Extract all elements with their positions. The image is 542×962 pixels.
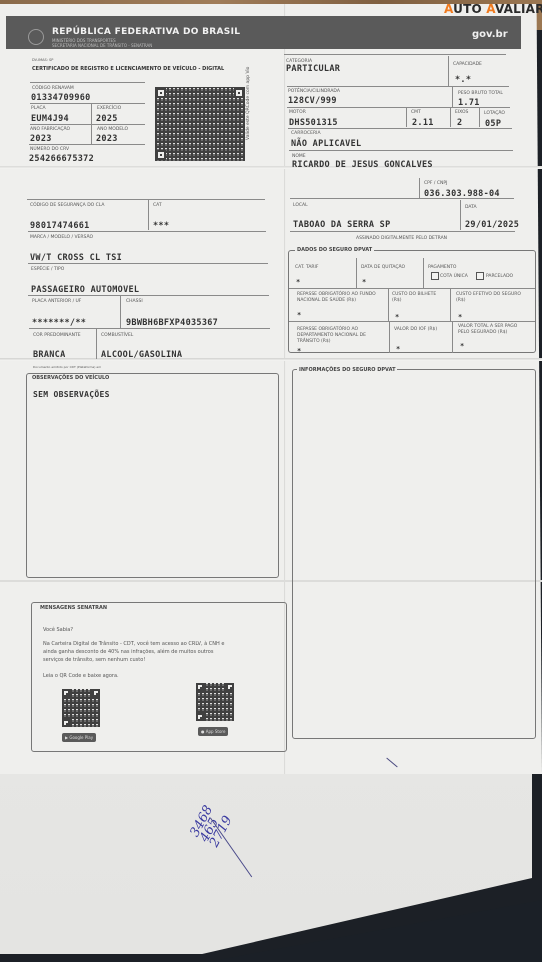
numero-crv-value: 254266675372 [29, 154, 94, 164]
motor-label: MOTOR [289, 110, 306, 115]
app-store-qr-code [196, 683, 234, 721]
divider [287, 107, 510, 108]
senatran-paragraph-line-1: Na Carteira Digital de Trânsito - CDT, v… [43, 640, 224, 648]
cat-value: *** [153, 221, 169, 231]
nome-label: NOME [292, 154, 306, 159]
cat-tarif-label: CAT. TARIF [295, 265, 318, 270]
divider [356, 258, 357, 288]
header-title: REPÚBLICA FEDERATIVA DO BRASIL [52, 27, 240, 37]
eixos-label: EIXOS [455, 110, 468, 115]
fold-crease-top [0, 166, 542, 169]
senatran-paragraph-line-2: ainda ganha desconto de 40% nas infraçõe… [43, 648, 213, 656]
repasse-denatran-value: * [297, 347, 302, 355]
divider [419, 178, 420, 198]
numero-crv-label: NÚMERO DO CRV [30, 147, 69, 152]
exercicio-label: EXERCÍCIO [97, 106, 121, 111]
cmt-value: 2.11 [412, 118, 434, 128]
govbr-logo: gov.br [472, 29, 508, 40]
parcelado-label: PARCELADO [486, 274, 513, 279]
parcelado-checkbox[interactable] [476, 272, 484, 280]
cat-tarif-value: * [296, 278, 301, 286]
divider [91, 125, 92, 144]
document-footer-note: Documento emitido por CDT (Plataforma) e… [33, 365, 101, 369]
repasse-fns-value: * [297, 311, 302, 319]
custo-efetivo-label: CUSTO EFETIVO DO SEGURO (R$) [456, 292, 521, 304]
divider [29, 144, 145, 145]
cor-value: BRANCA [33, 350, 66, 360]
divider [388, 289, 389, 321]
carroceria-label: CARROCERIA [291, 131, 321, 136]
cor-label: COR PREDOMINANTE [33, 333, 81, 338]
informacoes-dpvat-box [292, 369, 536, 739]
combustivel-label: COMBUSTÍVEL [101, 333, 133, 338]
custo-bilhete-label: CUSTO DO BILHETE (R$) [392, 292, 442, 304]
local-value: TABOAO DA SERRA SP [293, 220, 391, 230]
senatran-call-to-action: Leia o QR Code e baixe agora. [43, 672, 119, 680]
valor-total-value: * [460, 342, 465, 350]
watermark-text-2: VALIAR [495, 2, 542, 16]
data-quitacao-value: * [362, 278, 367, 286]
motor-value: DHS501315 [289, 118, 338, 128]
potencia-value: 128CV/999 [288, 96, 337, 106]
divider [96, 329, 97, 359]
watermark-accent-v: A [486, 2, 495, 16]
divider [29, 328, 270, 329]
divider [452, 87, 453, 107]
divider [289, 288, 535, 289]
qr-finder [92, 689, 100, 697]
repasse-fns-label: REPASSE OBRIGATÓRIO AO FUNDO NACIONAL DE… [297, 292, 385, 304]
potencia-label: POTÊNCIA/CILINDRADA [288, 89, 340, 94]
repasse-denatran-label: REPASSE OBRIGATÓRIO AO DEPARTAMENTO NACI… [297, 327, 377, 345]
watermark-accent-a: A [444, 2, 453, 16]
qr-finder [156, 88, 166, 98]
divider [288, 128, 512, 129]
fold-crease-middle [0, 358, 542, 361]
codigo-cla-value: 98017474661 [30, 221, 90, 231]
ano-modelo-label: ANO MODELO [97, 127, 128, 132]
cmt-label: CMT [411, 110, 421, 115]
cpf-label: CPF / CNPJ [424, 181, 447, 186]
informacoes-dpvat-title: INFORMAÇÕES DO SEGURO DPVAT [297, 367, 397, 373]
valor-iof-value: * [396, 345, 401, 353]
divider [289, 321, 535, 322]
qr-finder [62, 689, 70, 697]
watermark-text-1: UTO [453, 2, 482, 16]
divider [30, 103, 145, 104]
combustivel-value: ALCOOL/GASOLINA [101, 350, 182, 360]
validation-qr-code [155, 87, 245, 161]
senatran-question: Você Sabia? [43, 626, 73, 634]
app-store-label: App Store [206, 729, 226, 734]
dpvat-title: DADOS DO SEGURO DPVAT [295, 247, 374, 253]
renavam-value: 01334709960 [31, 93, 91, 103]
google-play-qr-code [62, 689, 100, 727]
cota-unica-checkbox[interactable] [431, 272, 439, 280]
data-quitacao-label: DATA DE QUITAÇÃO [361, 265, 405, 270]
valor-iof-label: VALOR DO IOF (R$) [394, 327, 437, 332]
divider [450, 289, 451, 321]
divider [30, 82, 145, 83]
custo-efetivo-value: * [458, 313, 463, 321]
qr-finder [196, 713, 204, 721]
eixos-value: 2 [457, 118, 462, 128]
divider [30, 124, 145, 125]
local-label: LOCAL [293, 203, 308, 208]
senatran-paragraph-line-3: serviços de trânsito, sem nenhum custo! [43, 656, 145, 664]
header-secretariat: SECRETARIA NACIONAL DE TRÂNSITO - SENATR… [52, 43, 152, 48]
qr-finder [62, 719, 70, 727]
divider [120, 296, 121, 328]
divider [27, 199, 265, 200]
qr-finder [234, 88, 244, 98]
marca-modelo-value: VW/T CROSS CL TSI [30, 253, 122, 263]
nome-value: RICARDO DE JESUS GONCALVES [292, 160, 433, 170]
divider [450, 108, 451, 127]
divider [284, 54, 506, 55]
divider [148, 200, 149, 230]
observacoes-title: OBSERVAÇÕES DO VEÍCULO [30, 375, 111, 381]
renavam-label: CÓDIGO RENAVAM [32, 86, 74, 91]
document-title: CERTIFICADO DE REGISTRO E LICENCIAMENTO … [32, 66, 224, 72]
ano-fabricacao-label: ANO FABRICAÇÃO [30, 127, 70, 132]
google-play-badge[interactable]: ▶ Google Play [62, 733, 96, 742]
marca-modelo-label: MARCA / MODELO / VERSÃO [30, 235, 93, 240]
divider [406, 108, 407, 127]
capacidade-label: CAPACIDADE [453, 62, 482, 67]
qr-finder [156, 150, 166, 160]
data-label: DATA [465, 205, 477, 210]
especie-tipo-value: PASSAGEIRO AUTOMOVEL [31, 285, 139, 295]
divider [28, 263, 268, 264]
divider [289, 150, 513, 151]
divider [389, 322, 390, 353]
observacoes-box [26, 373, 279, 578]
qr-finder [196, 683, 204, 691]
qr-side-text: Valide este QRCode com app Vio [246, 67, 251, 140]
divider [460, 200, 461, 230]
via-code: DV-IMAS: SP [32, 58, 53, 62]
capacidade-value: *.* [455, 75, 471, 85]
divider [287, 86, 509, 87]
google-play-label: Google Play [69, 735, 93, 740]
ano-modelo-value: 2023 [96, 134, 118, 144]
custo-bilhete-value: * [395, 313, 400, 321]
ano-fabricacao-value: 2023 [30, 134, 52, 144]
cat-label: CAT [153, 203, 162, 208]
pagamento-label: PAGAMENTO [428, 265, 456, 270]
placa-anterior-label: PLACA ANTERIOR / UF [32, 299, 81, 304]
chassi-value: 9BWBH6BFXP4035367 [126, 318, 218, 328]
especie-tipo-label: ESPÉCIE / TIPO [31, 267, 64, 272]
divider [479, 108, 480, 127]
divider [452, 322, 453, 353]
carroceria-value: NÃO APLICAVEL [291, 139, 361, 149]
qr-finder [226, 683, 234, 691]
divider [91, 104, 92, 124]
brasao-icon [28, 29, 44, 45]
divider [290, 231, 515, 232]
peso-bruto-label: PESO BRUTO TOTAL [458, 91, 503, 96]
valor-total-label: VALOR TOTAL A SER PAGO PELO SEGURADO (R$… [458, 324, 530, 336]
codigo-cla-label: CÓDIGO DE SEGURANÇA DO CLA [30, 203, 104, 208]
lotacao-label: LOTAÇÃO [484, 111, 505, 116]
divider [28, 231, 266, 232]
placa-label: PLACA [31, 106, 46, 111]
placa-anterior-value: *******/** [32, 318, 86, 328]
divider [423, 258, 424, 288]
observacoes-text: SEM OBSERVAÇÕES [33, 390, 110, 399]
categoria-value: PARTICULAR [286, 64, 340, 74]
divider [290, 198, 514, 199]
senatran-title: MENSAGENS SENATRAN [38, 605, 109, 611]
divider [28, 295, 269, 296]
cota-unica-label: COTA ÚNICA [440, 274, 468, 279]
auto-avaliar-watermark: AUTO AVALIAR [444, 2, 542, 16]
divider [448, 56, 449, 86]
app-store-badge[interactable]: ● App Store [198, 727, 228, 736]
signed-digitally-text: ASSINADO DIGITALMENTE PELO DETRAN [356, 236, 447, 241]
chassi-label: CHASSI [126, 299, 143, 304]
data-value: 29/01/2025 [465, 220, 519, 230]
placa-value: EUM4J94 [31, 114, 69, 124]
exercicio-value: 2025 [96, 114, 118, 124]
